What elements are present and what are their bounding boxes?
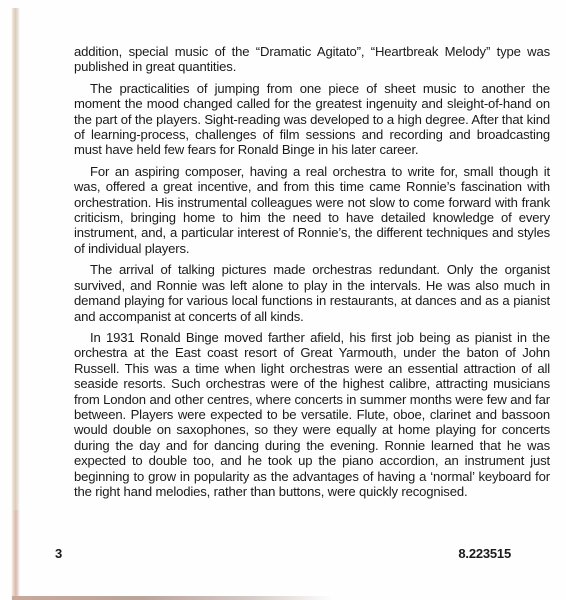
paragraph-talking-pictures: The arrival of talking pictures made orc… <box>74 262 550 324</box>
paragraph-orchestration: For an aspiring composer, having a real … <box>74 164 550 256</box>
paragraph-sheet-music: The practicalities of jumping from one p… <box>74 81 550 158</box>
paragraph-continuation: addition, special music of the “Dramatic… <box>74 44 550 75</box>
page-footer: 3 8.223515 <box>0 546 566 566</box>
catalog-number: 8.223515 <box>458 546 511 561</box>
page-number: 3 <box>55 546 62 561</box>
body-text: addition, special music of the “Dramatic… <box>74 44 550 505</box>
page-bottom-edge <box>12 596 332 600</box>
booklet-page: addition, special music of the “Dramatic… <box>0 0 566 600</box>
paragraph-great-yarmouth: In 1931 Ronald Binge moved farther afiel… <box>74 330 550 499</box>
